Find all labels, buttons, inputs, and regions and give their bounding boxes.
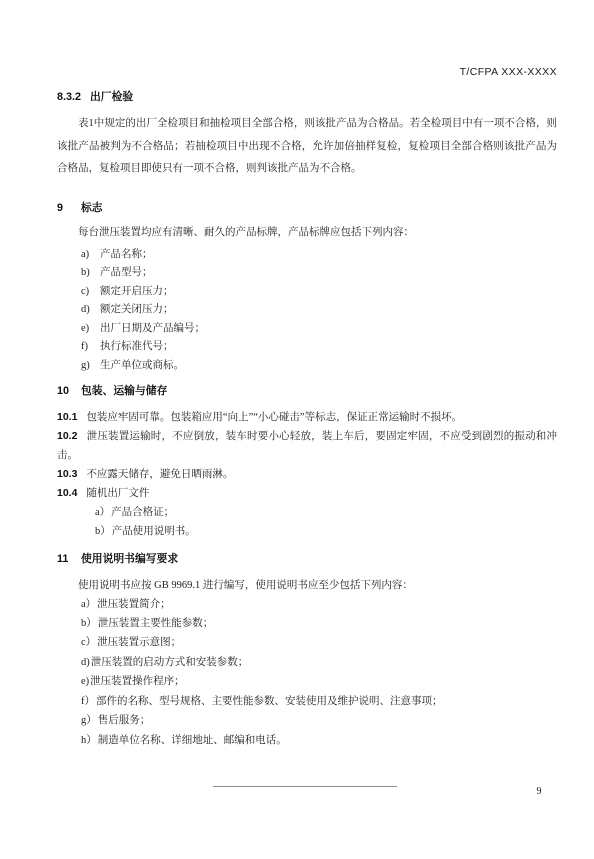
list-marker: f) (81, 338, 100, 357)
list-text: 泄压装置的启动方式和安装参数； (91, 657, 249, 668)
list-item: f）部件的名称、型号规格、主要性能参数、安装使用及维护说明、注意事项； (57, 692, 557, 711)
clause-10-4: 10.4随机出厂文件 (57, 484, 557, 503)
list-item: a）产品合格证； (57, 503, 557, 522)
section-title: 使用说明书编写要求 (81, 553, 178, 565)
list-marker: c） (81, 637, 96, 648)
list-text: 生产单位或商标。 (100, 360, 184, 371)
section-9-intro: 每台泄压装置均应有清晰、耐久的产品标牌，产品标牌应包括下列内容： (57, 223, 557, 242)
list-text: 售后服务； (98, 715, 151, 726)
list-text: 额定开启压力； (100, 286, 174, 297)
list-item: b）泄压装置主要性能参数； (57, 614, 557, 633)
list-text: 泄压装置简介； (97, 599, 171, 610)
list-marker: d) (81, 301, 100, 320)
section-11-list: a）泄压装置简介； b）泄压装置主要性能参数； c）泄压装置示意图； d)泄压装… (57, 595, 557, 750)
list-item: a）泄压装置简介； (57, 595, 557, 614)
list-marker: a） (81, 599, 96, 610)
list-marker: a) (81, 246, 100, 265)
list-text: 产品合格证； (111, 507, 174, 518)
clause-paragraph-8-3-2: 表1中规定的出厂全检项目和抽检项目全部合格，则该批产品为合格品。若全检项目中有一… (57, 113, 557, 181)
clause-10-4-list: a）产品合格证； b）产品使用说明书。 (57, 503, 557, 541)
clause-number: 10.2 (57, 430, 77, 442)
list-text: 泄压装置主要性能参数； (98, 618, 214, 629)
clause-text: 泄压装置运输时，不应倒放，装车时要小心轻放，装上车后，要固定牢固，不应受到剧烈的… (57, 431, 557, 461)
list-text: 部件的名称、型号规格、主要性能参数、安装使用及维护说明、注意事项； (96, 696, 443, 707)
list-marker: e) (81, 320, 100, 339)
section-title: 出厂检验 (90, 91, 133, 103)
list-marker: e) (81, 676, 89, 687)
list-text: 执行标准代号； (100, 341, 174, 352)
clause-10-1: 10.1包装应牢固可靠。包装箱应用“向上”“小心碰击”等标志，保证正常运输时不损… (57, 408, 557, 427)
list-item: b）产品使用说明书。 (57, 522, 557, 541)
list-item: e)出厂日期及产品编号； (57, 320, 557, 339)
list-text: 出厂日期及产品编号； (100, 323, 205, 334)
standard-code: T/CFPA XXX-XXXX (460, 66, 557, 78)
list-marker: b） (81, 618, 97, 629)
section-number: 10 (57, 384, 74, 398)
list-marker: d) (81, 657, 90, 668)
list-text: 泄压装置示意图； (97, 637, 181, 648)
clause-number: 10.4 (57, 487, 77, 499)
section-11-intro: 使用说明书应按 GB 9969.1 进行编写，使用说明书应至少包括下列内容： (57, 576, 557, 595)
list-text: 泄压装置操作程序； (90, 676, 185, 687)
list-marker: b) (81, 264, 100, 283)
list-item: d)泄压装置的启动方式和安装参数； (57, 653, 557, 672)
document-page: T/CFPA XXX-XXXX 8.3.2出厂检验 表1中规定的出厂全检项目和抽… (0, 0, 594, 859)
clause-text: 随机出厂文件 (86, 488, 149, 499)
list-marker: c) (81, 283, 100, 302)
list-item: a)产品名称； (57, 246, 557, 265)
section-heading-11: 11使用说明书编写要求 (57, 552, 557, 566)
list-item: h）制造单位名称、详细地址、邮编和电话。 (57, 731, 557, 750)
section-title: 包装、运输与储存 (81, 385, 167, 397)
section-number: 9 (57, 201, 74, 215)
page-number: 9 (533, 786, 545, 798)
list-item: e)泄压装置操作程序； (57, 672, 557, 691)
list-text: 产品名称； (100, 249, 153, 260)
section-heading-10: 10包装、运输与储存 (57, 384, 557, 398)
list-item: c）泄压装置示意图； (57, 633, 557, 652)
list-marker: b） (95, 526, 111, 537)
page-content: T/CFPA XXX-XXXX 8.3.2出厂检验 表1中规定的出厂全检项目和抽… (57, 0, 557, 750)
clause-text: 包装应牢固可靠。包装箱应用“向上”“小心碰击”等标志，保证正常运输时不损坏。 (86, 412, 462, 423)
list-item: g）售后服务； (57, 711, 557, 730)
footer-divider (213, 786, 397, 787)
section-heading-9: 9标志 (57, 201, 557, 215)
list-item: b)产品型号； (57, 264, 557, 283)
clause-text: 不应露天储存，避免日晒雨淋。 (86, 469, 233, 480)
section-title: 标志 (81, 202, 103, 214)
list-marker: a） (95, 507, 110, 518)
list-marker: g) (81, 357, 100, 376)
list-text: 制造单位名称、详细地址、邮编和电话。 (98, 735, 287, 746)
clause-number: 10.1 (57, 411, 77, 423)
list-text: 产品型号； (100, 267, 153, 278)
list-item: f)执行标准代号； (57, 338, 557, 357)
list-item: d)额定关闭压力； (57, 301, 557, 320)
list-item: c)额定开启压力； (57, 283, 557, 302)
list-item: g)生产单位或商标。 (57, 357, 557, 376)
section-heading-8-3-2: 8.3.2出厂检验 (57, 90, 557, 104)
standard-code-header: T/CFPA XXX-XXXX (57, 0, 557, 79)
list-marker: g） (81, 715, 97, 726)
list-text: 额定关闭压力； (100, 304, 174, 315)
section-number: 8.3.2 (57, 90, 83, 104)
section-10-clauses: 10.1包装应牢固可靠。包装箱应用“向上”“小心碰击”等标志，保证正常运输时不损… (57, 408, 557, 541)
section-number: 11 (57, 552, 74, 566)
list-marker: f） (81, 696, 95, 707)
section-9-list: a)产品名称； b)产品型号； c)额定开启压力； d)额定关闭压力； e)出厂… (57, 246, 557, 376)
list-text: 产品使用说明书。 (112, 526, 196, 537)
clause-number: 10.3 (57, 468, 77, 480)
list-marker: h） (81, 735, 97, 746)
clause-10-2: 10.2泄压装置运输时，不应倒放，装车时要小心轻放，装上车后，要固定牢固，不应受… (57, 427, 557, 465)
clause-10-3: 10.3不应露天储存，避免日晒雨淋。 (57, 465, 557, 484)
